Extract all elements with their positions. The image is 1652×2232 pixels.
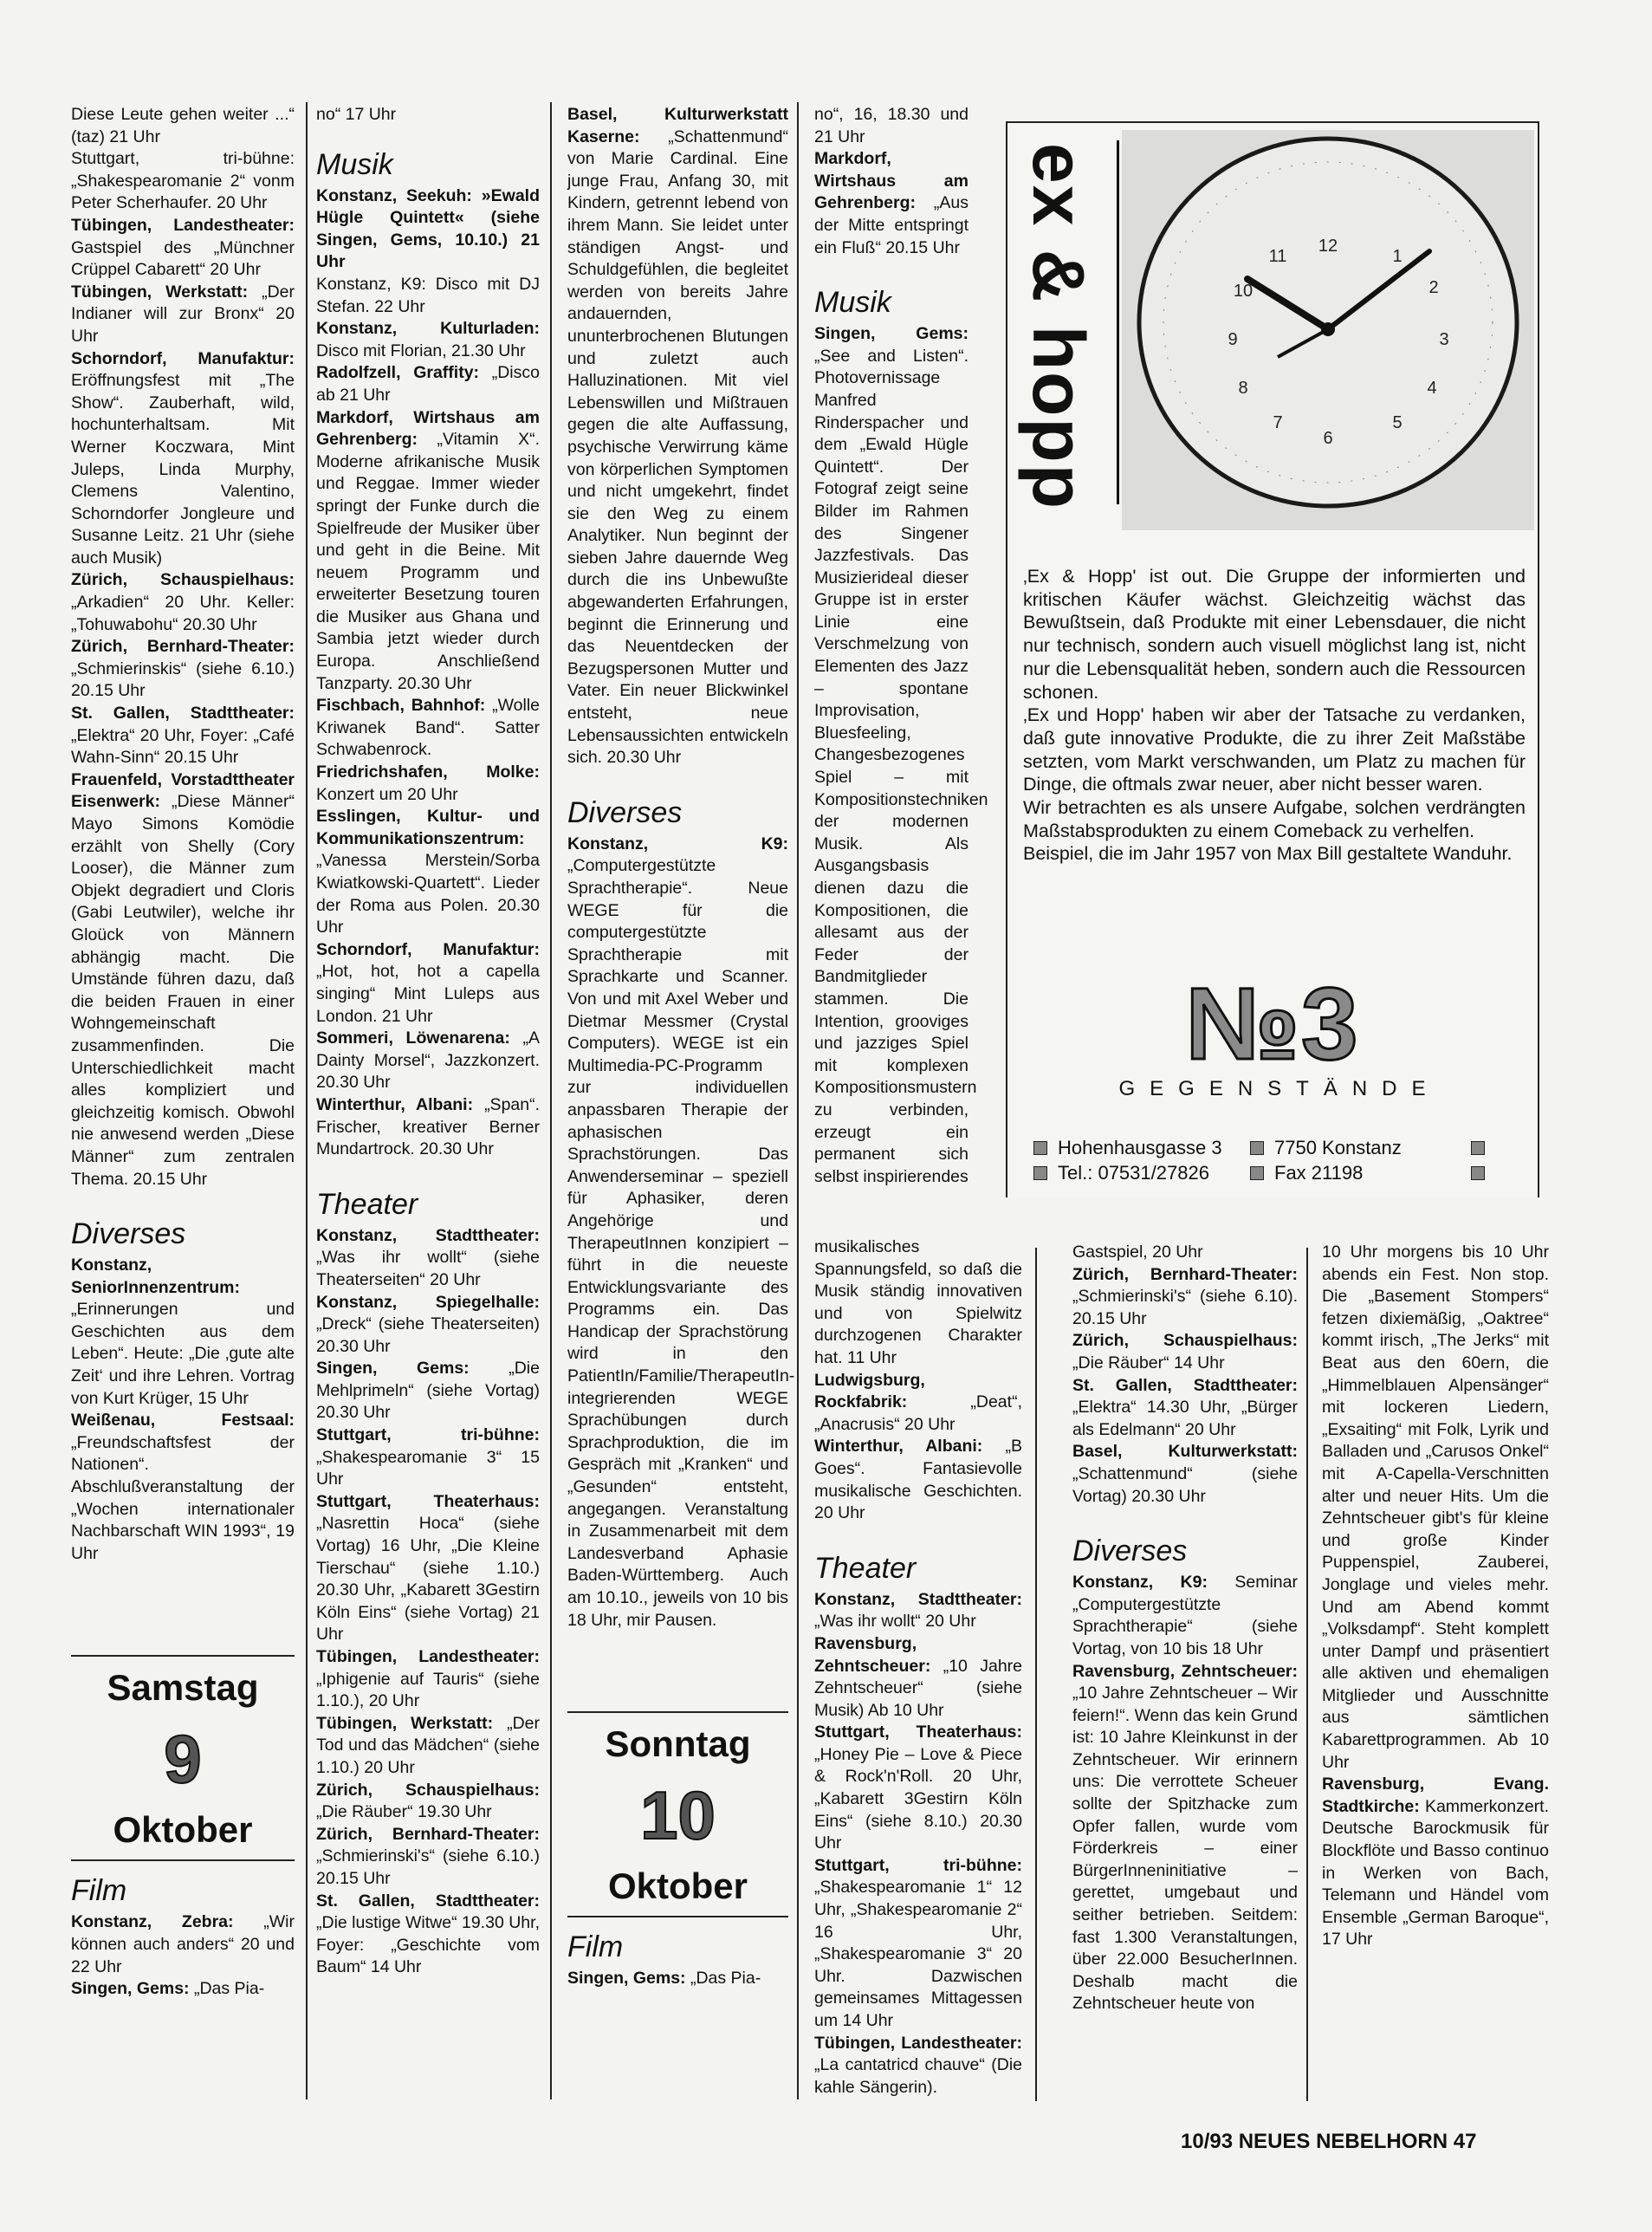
venue: Stuttgart, tri-bühne: [316,1425,540,1444]
ad-paragraph: ‚Ex und Hopp' haben wir aber der Tatsach… [1023,704,1526,796]
venue: Schorndorf, Manufaktur: [316,940,540,959]
venue: Konstanz, K9: [1072,1573,1208,1592]
listing-entry: Konstanz, Kulturladen: Disco mit Florian… [316,318,540,362]
text-paragraph: Diese Leute gehen weiter ...“ (taz) 21 U… [71,104,295,148]
listing-entry: Singen, Gems: „Die Mehlprimeln“ (siehe V… [316,1358,540,1424]
listing-entry: Winterthur, Albani: „B Goes“. Fantasievo… [814,1436,1022,1524]
ad-paragraph: Wir betrachten es als unsere Aufgabe, so… [1023,796,1526,842]
text-paragraph: musikalisches Spannungsfeld, so daß die … [814,1236,1022,1370]
listing-entry: St. Gallen, Stadttheater: „Elektra“ 14.3… [1072,1375,1298,1442]
brand-subtitle: GEGENSTÄNDE [1007,1077,1538,1101]
listing-text: „Freundschaftsfest der Nationen“. Abschl… [71,1433,295,1563]
text-paragraph: 10 Uhr morgens bis 10 Uhr abends ein Fes… [1322,1242,1549,1774]
column-2: no“ 17 Uhr Musik Konstanz, Seekuh: »Ewal… [316,104,540,1979]
venue: Stuttgart, Theaterhaus: [316,1492,540,1511]
listing-entry: Konstanz, Stadttheater: „Was ihr wollt“ … [316,1225,540,1292]
listing-entry: Sommeri, Löwenarena: „A Dainty Morsel“, … [316,1028,540,1094]
listing-text: „Shakespearomanie 3“ 15 Uhr [316,1448,540,1489]
listing-entry: Schorndorf, Manufaktur: „Hot, hot, hot a… [316,939,540,1028]
section-heading-musik: Musik [814,285,969,320]
listing-entry: St. Gallen, Stadttheater: „Die lustige W… [316,1891,540,1979]
listing-entry: Esslingen, Kultur- und Kommunikationszen… [316,806,540,939]
section-heading-theater: Theater [316,1187,540,1222]
venue: Tübingen, Landestheater: [814,2034,1022,2053]
listing-text: „Honey Pie – Love & Piece & Rock'n'Roll.… [814,1745,1022,1852]
venue: Singen, Gems: [71,1979,190,1998]
listing-text: „Die Räuber“ 19.30 Uhr [316,1802,492,1821]
listing-text: „Nasrettin Hoca“ (siehe Vortag) 16 Uhr, … [316,1514,540,1644]
svg-text:6: 6 [1323,429,1332,448]
listing-text: „Schmierinski's“ (siehe 6.10.) 20.15 Uhr [316,1846,540,1888]
listing-entry: Singen, Gems: „Das Pia- [71,1978,295,2001]
listing-entry: Stuttgart, Theaterhaus: „Nasrettin Hoca“… [316,1491,540,1646]
venue: Zürich, Bernhard-Theater: [1072,1265,1298,1284]
listing-text: „Was ihr wollt“ (siehe Theaterseiten“ 20… [316,1248,540,1289]
venue: Zürich, Schauspielhaus: [1072,1331,1298,1350]
listing-entry: Radolfzell, Graffity: „Disco ab 21 Uhr [316,362,540,406]
listing-text: Kammerkonzert. Deutsche Barockmusik für … [1322,1797,1549,1950]
brand-logo: №3 GEGENSTÄNDE [1007,976,1538,1101]
column-4-lower: musikalisches Spannungsfeld, so daß die … [814,1236,1022,2099]
venue: Zürich, Schauspielhaus: [71,570,295,589]
weekday: Samstag [71,1664,295,1712]
listing-text: Konzert um 20 Uhr [316,785,458,804]
listing-entry: Zürich, Schauspielhaus: „Die Räuber“ 19.… [316,1780,540,1824]
bullet-square-icon [1033,1141,1047,1155]
svg-text:2: 2 [1428,278,1438,297]
venue: Stuttgart, tri-bühne: [71,149,295,168]
listing-entry: Konstanz, SeniorInnenzentrum: „Erinnerun… [71,1255,295,1410]
divider [1117,140,1119,504]
venue: Konstanz, K9: [567,834,788,853]
venue: St. Gallen, Stadttheater: [71,704,295,723]
svg-text:8: 8 [1238,379,1247,398]
listing-entry: Stuttgart, Theaterhaus: „Honey Pie – Lov… [814,1722,1022,1855]
listing-text: „Hot, hot, hot a capella singing“ Mint L… [316,962,540,1025]
venue: Ravensburg, Zehntscheuer: [1072,1662,1298,1681]
venue: Konstanz, Seekuh: [316,186,472,205]
venue: Konstanz, SeniorInnenzentrum: [71,1255,240,1297]
column-4: no“, 16, 18.30 und 21 Uhr Markdorf, Wirt… [814,104,969,1188]
listing-entry: Friedrichshafen, Molke: Konzert um 20 Uh… [316,762,540,806]
listing-entry: Singen, Gems: „Das Pia- [567,1968,788,1990]
text-paragraph: Gastspiel, 20 Uhr [1072,1242,1298,1264]
day-header-sunday: Sonntag 10 Oktober [567,1711,788,1917]
venue: Zürich, Schauspielhaus: [316,1781,540,1800]
text-paragraph: no“ 17 Uhr [316,104,540,127]
column-3: Basel, Kulturwerkstatt Kaserne: „Schatte… [567,104,788,1990]
venue: Tübingen, Landestheater: [71,216,295,235]
bullet-square-icon [1471,1141,1485,1155]
page-footer: 10/93 NEUES NEBELHORN 47 [1181,2130,1476,2154]
listing-text: „Erinnerungen und Geschichten aus dem Le… [71,1300,295,1407]
listing-text: „Computergestützte Sprachtherapie“. Neue… [567,856,794,1629]
listing-entry: Konstanz, Seekuh: »Ewald Hügle Quintett«… [316,185,540,274]
venue: Radolfzell, Graffity: [316,363,479,382]
section-heading-diverses: Diverses [71,1217,295,1251]
contact-block: Hohenhausgasse 3 7750 Konstanz Tel.: 075… [1033,1135,1519,1185]
listing-text: Disco mit Florian, 21.30 Uhr [316,341,526,360]
venue: St. Gallen, Stadttheater: [1072,1376,1298,1395]
listing-entry: Fischbach, Bahnhof: „Wolle Kriwanek Band… [316,695,540,762]
svg-text:7: 7 [1273,413,1282,432]
listing-entry: Konstanz, Zebra: „Wir können auch anders… [71,1911,295,1978]
listing-text: „Elektra“ 14.30 Uhr, „Bürger als Edelman… [1072,1398,1298,1439]
section-heading-musik: Musik [316,147,540,182]
listing-text: „Vanessa Merstein/Sorba Kwiatkowski-Quar… [316,851,540,937]
svg-text:1: 1 [1392,247,1402,266]
text-paragraph: no“, 16, 18.30 und 21 Uhr [814,104,969,148]
bullet-square-icon [1250,1141,1264,1155]
listing-text: „La cantatricd chauve“ (Die kahle Sänger… [814,2055,1022,2097]
listing-text: „Elektra“ 20 Uhr, Foyer: „Café Wahn-Sinn… [71,726,295,768]
venue: Esslingen, Kultur- und Kommunikationszen… [316,807,540,848]
listing-entry: Konstanz, Stadttheater: „Was ihr wollt“ … [814,1589,1022,1633]
listing-text: „Diese Männer“ Mayo Simons Komödie erzäh… [71,792,295,1188]
ad-paragraph: ‚Ex & Hopp' ist out. Die Gruppe der info… [1023,565,1526,704]
listing-entry: Zürich, Schauspielhaus: „Arkadien“ 20 Uh… [71,569,295,636]
venue: Singen, Gems: [814,324,969,343]
ad-body-text: ‚Ex & Hopp' ist out. Die Gruppe der info… [1023,565,1526,866]
fax: Fax 21198 [1274,1160,1363,1185]
section-heading-diverses: Diverses [1072,1534,1298,1568]
listing-text: „Schmierinski's“ (siehe 6.10). 20.15 Uhr [1072,1287,1298,1328]
listing-entry: Zürich, Bernhard-Theater: „Schmierinskis… [71,636,295,703]
ad-paragraph: Beispiel, die im Jahr 1957 von Max Bill … [1023,842,1526,866]
venue: Fischbach, Bahnhof: [316,696,485,715]
svg-text:5: 5 [1392,413,1402,432]
ad-logo: ex & hopp [1007,123,1110,530]
listing-entry: Ravensburg, Zehntscheuer: „10 Jahre Zehn… [814,1633,1022,1722]
listing-text: „Das Pia- [194,1979,264,1998]
listing-text: „Dreck“ (siehe Theaterseiten) 20.30 Uhr [316,1314,540,1356]
section-heading-film: Film [567,1930,788,1964]
listing-entry: Ludwigsburg, Rockfabrik: „Deat“, „Anacru… [814,1370,1022,1437]
month: Oktober [567,1862,788,1911]
listing-text: „Was ihr wollt“ 20 Uhr [814,1612,976,1631]
clock-photo: 12 1 2 3 4 5 6 7 8 9 10 11 [1122,130,1534,530]
listing-text: „Shakespearomanie 2“ vonm Peter Scherhau… [71,172,295,213]
listing-text: „Die Räuber“ 14 Uhr [1072,1353,1225,1372]
venue: Singen, Gems: [316,1359,470,1378]
listing-entry: Konstanz, Spiegelhalle: „Dreck“ (siehe T… [316,1292,540,1359]
listing-entry: Tübingen, Werkstatt: „Der Tod und das Mä… [316,1713,540,1780]
listing-entry: Markdorf, Wirtshaus am Gehrenberg: „Aus … [814,148,969,259]
listing-text: Eröffnungsfest mit „The Show“. Zauberhaf… [71,371,295,568]
venue: Schorndorf, Manufaktur: [71,349,295,368]
section-heading-film: Film [71,1873,295,1908]
listing-entry: Zürich, Schauspielhaus: „Die Räuber“ 14 … [1072,1330,1298,1374]
section-heading-theater: Theater [814,1551,1022,1586]
venue: Winterthur, Albani: [316,1095,473,1114]
listing-entry: Ravensburg, Evang. Stadtkirche: Kammerko… [1322,1774,1549,1951]
venue: Konstanz, Stadttheater: [316,1226,540,1245]
venue: Singen, Gems: [567,1969,686,1988]
wall-clock-icon: 12 1 2 3 4 5 6 7 8 9 10 11 [1122,130,1534,530]
listing-entry: Tübingen, Landestheater: Gastspiel des „… [71,215,295,282]
venue: Stuttgart, Theaterhaus: [814,1723,1022,1742]
listing-entry: Weißenau, Festsaal: „Freundschaftsfest d… [71,1410,295,1565]
venue: Sommeri, Löwenarena: [316,1028,510,1048]
day-number: 10 [567,1768,788,1862]
address: Hohenhausgasse 3 [1058,1135,1222,1160]
venue: Weißenau, Festsaal: [71,1411,295,1430]
listing-entry: Markdorf, Wirtshaus am Gehrenberg: „Vita… [316,407,540,696]
listing-entry: Schorndorf, Manufaktur: Eröffnungsfest m… [71,348,295,570]
listing-text: „Vitamin X“. Moderne afrikanische Musik … [316,430,540,693]
listing-text: „Arkadien“ 20 Uhr. Keller: „Tohuwabohu“ … [71,593,295,634]
venue: Zürich, Bernhard-Theater: [316,1825,540,1844]
column-rule [550,102,552,2099]
column-1: Diese Leute gehen weiter ...“ (taz) 21 U… [71,104,295,2001]
listing-entry: Konstanz, K9: „Computergestützte Spracht… [567,834,788,1632]
venue: Konstanz, Stadttheater: [814,1590,1022,1609]
listing-entry: Winterthur, Albani: „Span“. Frischer, kr… [316,1094,540,1161]
listing-text: „Schmierinskis“ (siehe 6.10.) 20.15 Uhr [71,659,295,701]
listing-text: „Das Pia- [690,1969,761,1988]
listing-entry: Basel, Kulturwerkstatt Kaserne: „Schatte… [567,104,788,769]
venue: Winterthur, Albani: [814,1437,982,1456]
column-rule [797,102,799,2099]
phone: Tel.: 07531/27826 [1058,1160,1209,1185]
svg-text:9: 9 [1228,330,1237,349]
venue: St. Gallen, Stadttheater: [316,1891,540,1911]
svg-text:3: 3 [1439,330,1448,349]
listing-text: „Iphigenie auf Tauris“ (siehe 1.10.), 20… [316,1670,540,1711]
listing-text: „Schattenmund“ von Marie Cardinal. Eine … [567,127,788,768]
listing-entry: Tübingen, Landestheater: „La cantatricd … [814,2033,1022,2099]
listing-text: Gastspiel des „Münchner Crüppel Cabarett… [71,238,295,280]
listing-text: „Shakespearomanie 1“ 12 Uhr, „Shakespear… [814,1878,1022,2030]
venue: Ravensburg, Zehntscheuer: [814,1634,930,1676]
ad-logo-text: ex & hopp [1022,143,1095,510]
section-heading-diverses: Diverses [567,795,788,830]
listing-entry: Tübingen, Werkstatt: „Der Indianer will … [71,282,295,348]
venue: Konstanz, Zebra: [71,1912,234,1931]
venue: Tübingen, Werkstatt: [316,1714,493,1733]
listing-entry: Singen, Gems: „See and Listen“. Photover… [814,323,969,1188]
column-5: Gastspiel, 20 Uhr Zürich, Bernhard-Theat… [1072,1242,1298,2015]
column-6: 10 Uhr morgens bis 10 Uhr abends ein Fes… [1322,1242,1549,1951]
day-number: 9 [71,1712,295,1806]
venue: Basel, Kulturwerkstatt: [1072,1442,1298,1461]
venue: Konstanz, Kulturladen: [316,319,540,338]
advertisement-box: ex & hopp 12 1 2 3 4 5 6 7 8 9 10 11 [1006,121,1539,1197]
venue: Konstanz, Spiegelhalle: [316,1293,540,1312]
listing-text: „Schattenmund“ (siehe Vortag) 20.30 Uhr [1072,1464,1298,1506]
listing-entry: Zürich, Bernhard-Theater: „Schmierinski'… [1072,1264,1298,1331]
venue: Zürich, Bernhard-Theater: [71,637,295,656]
listing-entry: Tübingen, Landestheater: „Iphigenie auf … [316,1646,540,1713]
listing-entry: Frauenfeld, Vorstadttheater Eisenwerk: „… [71,769,295,1191]
listing-entry: Konstanz, K9: Disco mit DJ Stefan. 22 Uh… [316,274,540,318]
bullet-square-icon [1471,1166,1485,1180]
weekday: Sonntag [567,1720,788,1768]
column-rule [1035,1248,1037,2101]
listing-entry: Basel, Kulturwerkstatt: „Schattenmund“ (… [1072,1441,1298,1508]
city: 7750 Konstanz [1274,1135,1402,1160]
venue: Tübingen, Landestheater: [316,1647,540,1666]
listing-entry: Stuttgart, tri-bühne: „Shakespearomanie … [316,1424,540,1491]
month: Oktober [71,1806,295,1854]
venue: Ludwigsburg, Rockfabrik: [814,1371,925,1412]
column-rule [1306,1248,1308,2101]
listing-entry: Stuttgart, tri-bühne: „Shakespearomanie … [814,1855,1022,2033]
listing-entry: St. Gallen, Stadttheater: „Elektra“ 20 U… [71,703,295,769]
venue: Tübingen, Werkstatt: [71,282,248,302]
column-rule [306,102,308,2099]
day-header-saturday: Samstag 9 Oktober [71,1655,295,1861]
brand-mark: №3 [1007,976,1538,1072]
listing-entry: Ravensburg, Zehntscheuer: „10 Jahre Zehn… [1072,1661,1298,2016]
listing-text: Konstanz, K9: Disco mit DJ Stefan. 22 Uh… [316,275,540,316]
listing-text: „Die lustige Witwe“ 19.30 Uhr, Foyer: „G… [316,1913,540,1976]
listing-text: „10 Jahre Zehntscheuer – Wir feiern!“. W… [1072,1684,1298,2013]
listing-entry: Zürich, Bernhard-Theater: „Schmierinski'… [316,1824,540,1891]
svg-text:11: 11 [1269,247,1287,266]
venue: Stuttgart, tri-bühne: [814,1856,1022,1875]
bullet-square-icon [1033,1166,1047,1180]
svg-text:4: 4 [1427,379,1436,398]
svg-text:12: 12 [1318,237,1338,256]
bullet-square-icon [1250,1166,1264,1180]
listing-text: „See and Listen“. Photovernissage Manfre… [814,347,988,1186]
venue: Friedrichshafen, Molke: [316,762,540,782]
listing-entry: Stuttgart, tri-bühne: „Shakespearomanie … [71,148,295,215]
listing-entry: Konstanz, K9: Seminar „Computergestützte… [1072,1572,1298,1660]
